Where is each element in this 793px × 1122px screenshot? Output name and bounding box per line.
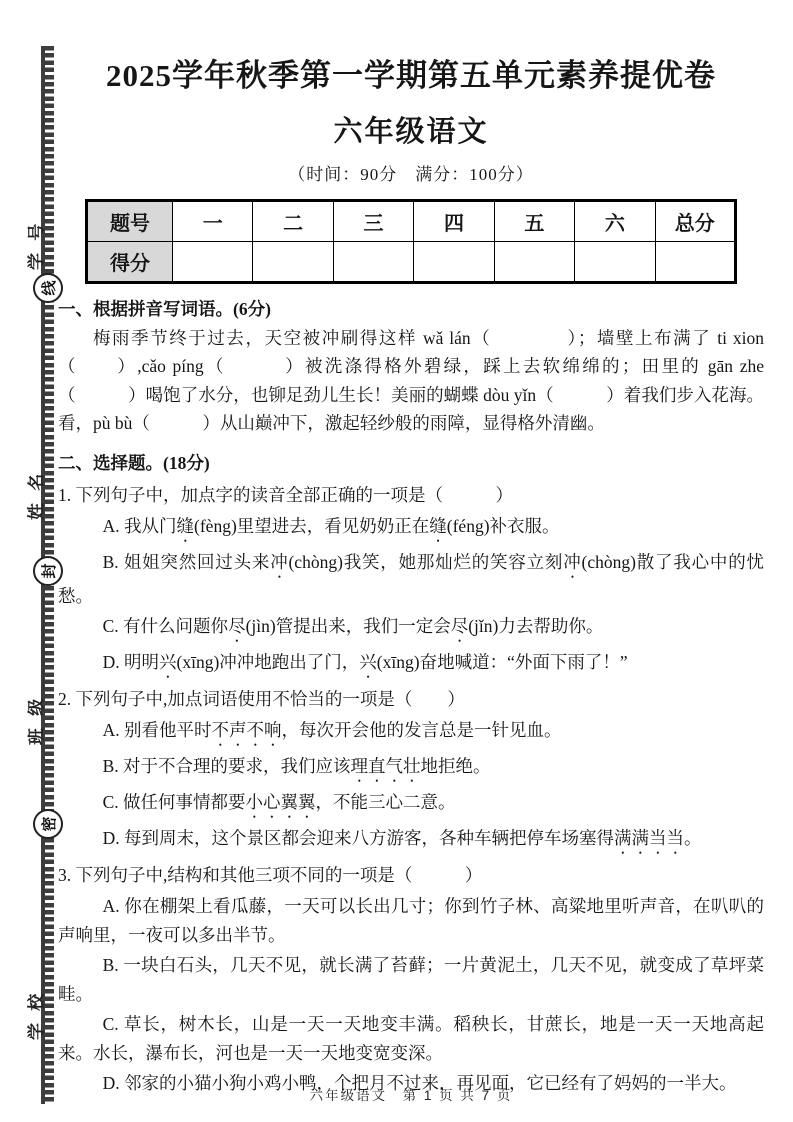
question-2-stem: 2. 下列句子中,加点词语使用不恰当的一项是（ ） bbox=[58, 684, 764, 714]
score-value-cell bbox=[575, 241, 655, 282]
emphasized-characters: 缝 bbox=[177, 516, 195, 536]
seal-field-school-name: 学 校 bbox=[22, 866, 47, 1040]
score-label-cell: 得分 bbox=[87, 241, 173, 282]
seal-field-student-number: 学 号 bbox=[22, 111, 47, 270]
score-table-column-header: 二 bbox=[253, 200, 333, 241]
question-2-option-C: C. 做任何事情都要小心翼翼，不能三心二意。 bbox=[58, 788, 764, 822]
page-footer: 六年级语文 第 1 页 共 7 页 bbox=[58, 1084, 764, 1104]
score-table-score-row: 得分 bbox=[87, 241, 736, 282]
questions: 1. 下列句子中，加点字的读音全部正确的一项是（ ）A. 我从门缝(fèng)里… bbox=[58, 480, 764, 1098]
score-table-column-header: 六 bbox=[575, 200, 655, 241]
section-one-paragraph: 梅雨季节终于过去，天空被冲刷得这样 wǎ lán（ ）；墙壁上布满了 ti xi… bbox=[58, 324, 764, 438]
seal-field-blank-line bbox=[43, 111, 44, 216]
section-two-heading: 二、选择题。(18分) bbox=[58, 448, 764, 478]
emphasized-characters: 兴 bbox=[359, 652, 377, 672]
seal-field-label: 学 号 bbox=[27, 220, 46, 270]
emphasized-characters: 尽 bbox=[451, 616, 469, 636]
score-table-column-header: 一 bbox=[173, 200, 253, 241]
exam-paper: 2025学年秋季第一学期第五单元素养提优卷 六年级语文 （时间：90分 满分：1… bbox=[58, 0, 764, 1100]
emphasized-characters: 冲 bbox=[563, 552, 581, 572]
emphasized-characters: 冲 bbox=[270, 552, 288, 572]
emphasized-characters: 满满当当 bbox=[614, 828, 684, 848]
paper-subject: 六年级语文 bbox=[58, 109, 764, 150]
section-one-heading: 一、根据拼音写词语。(6分) bbox=[58, 294, 764, 324]
question-3-option-C: C. 草长，树木长，山是一天一天地变丰满。稻秧长，甘蔗长，地是一天一天地高起来。… bbox=[58, 1010, 764, 1067]
seal-field-label: 学 校 bbox=[27, 990, 46, 1040]
question-1-option-A: A. 我从门缝(fèng)里望进去，看见奶奶正在缝(féng)补衣服。 bbox=[58, 512, 764, 546]
seal-field-class-name: 班 级 bbox=[22, 596, 47, 745]
seal-field-label: 班 级 bbox=[27, 695, 46, 745]
question-3-option-B: B. 一块白石头，几天不见，就长满了苔藓；一片黄泥土，几天不见，就变成了草坪菜畦… bbox=[58, 951, 764, 1008]
question-1-option-B: B. 姐姐突然回过头来冲(chòng)我笑，她那灿烂的笑容立刻冲(chòng)散… bbox=[58, 548, 764, 611]
score-value-cell bbox=[414, 241, 494, 282]
score-value-cell bbox=[494, 241, 574, 282]
seal-field-student-name: 姓 名 bbox=[22, 346, 47, 520]
seal-stamp-mi: 密 bbox=[33, 809, 63, 839]
score-table-corner: 题号 bbox=[87, 200, 173, 241]
seal-field-label: 姓 名 bbox=[27, 470, 46, 520]
question-2-option-B: B. 对于不合理的要求，我们应该理直气壮地拒绝。 bbox=[58, 752, 764, 786]
emphasized-characters: 尽 bbox=[228, 616, 246, 636]
score-table-column-header: 总分 bbox=[655, 200, 735, 241]
score-table-header-row: 题号一二三四五六总分 bbox=[87, 200, 736, 241]
score-value-cell bbox=[655, 241, 735, 282]
seal-field-blank-line bbox=[43, 346, 44, 466]
paper-title: 2025学年秋季第一学期第五单元素养提优卷 bbox=[58, 56, 764, 97]
seal-stamp-xian: 线 bbox=[33, 273, 63, 303]
score-table: 题号一二三四五六总分得分 bbox=[85, 199, 737, 284]
seal-stamp-feng: 封 bbox=[33, 556, 63, 586]
score-table-column-header: 三 bbox=[333, 200, 413, 241]
emphasized-characters: 缝 bbox=[429, 516, 447, 536]
emphasized-characters: 兴 bbox=[159, 652, 177, 672]
question-3-option-A: A. 你在棚架上看瓜藤，一天可以长出几寸；你到竹子林、高粱地里听声音，在叭叭的声… bbox=[58, 892, 764, 949]
score-table-column-header: 四 bbox=[414, 200, 494, 241]
emphasized-characters: 理直气壮 bbox=[351, 756, 421, 776]
seal-field-blank-line bbox=[43, 596, 44, 691]
question-2-option-D: D. 每到周末，这个景区都会迎来八方游客，各种车辆把停车场塞得满满当当。 bbox=[58, 824, 764, 858]
emphasized-characters: 小心翼翼 bbox=[246, 792, 316, 812]
question-3-stem: 3. 下列句子中,结构和其他三项不同的一项是（ ） bbox=[58, 860, 764, 890]
score-value-cell bbox=[173, 241, 253, 282]
question-1-stem: 1. 下列句子中，加点字的读音全部正确的一项是（ ） bbox=[58, 480, 764, 510]
score-value-cell bbox=[333, 241, 413, 282]
seal-field-blank-line bbox=[43, 866, 44, 986]
score-value-cell bbox=[253, 241, 333, 282]
question-1-option-C: C. 有什么问题你尽(jìn)管提出来，我们一定会尽(jǐn)力去帮助你。 bbox=[58, 612, 764, 646]
question-1-option-D: D. 明明兴(xīng)冲冲地跑出了门，兴(xīng)奋地喊道：“外面下雨了！” bbox=[58, 648, 764, 682]
emphasized-characters: 不声不响 bbox=[212, 720, 282, 740]
question-2-option-A: A. 别看他平时不声不响，每次开会他的发言总是一针见血。 bbox=[58, 716, 764, 750]
time-score-meta: （时间：90分 满分：100分） bbox=[58, 160, 764, 185]
score-table-column-header: 五 bbox=[494, 200, 574, 241]
